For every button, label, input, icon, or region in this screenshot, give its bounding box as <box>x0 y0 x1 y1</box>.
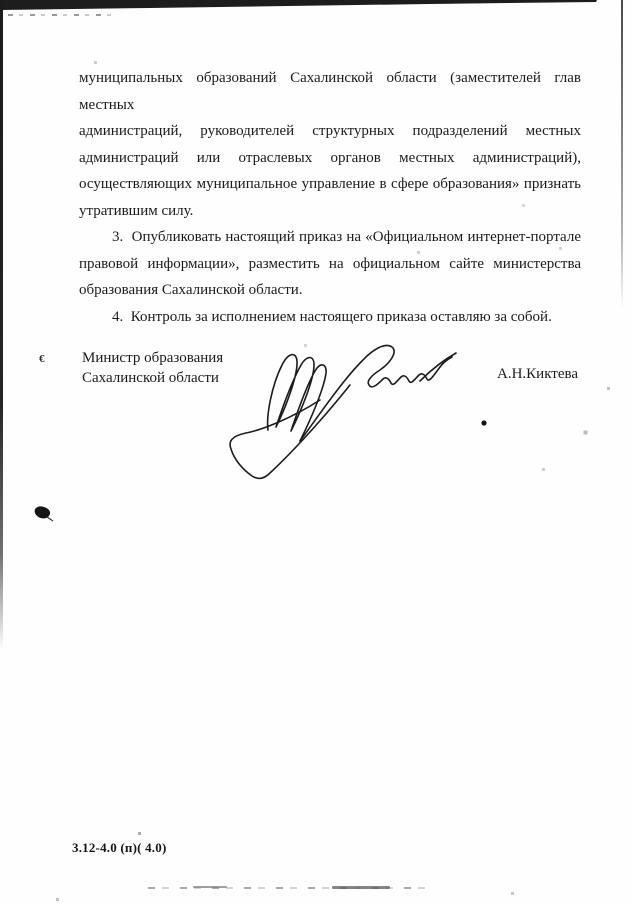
scan-noise-specks <box>0 0 1 1</box>
handwritten-signature <box>222 333 472 488</box>
ink-blot <box>30 504 56 524</box>
list-item-4-line: 4. Контроль за исполнением настоящего пр… <box>79 304 581 331</box>
body-text-line: осуществляющих муниципальное управление … <box>79 171 581 198</box>
scan-smudge-line <box>148 887 433 889</box>
signatory-name: А.Н.Киктева <box>497 366 578 383</box>
list-item-3-line: правовой информации», разместить на офиц… <box>79 251 581 278</box>
footer-document-code: 3.12-4.0 (п)( 4.0) <box>72 840 167 856</box>
scan-edge-right-line <box>621 0 623 310</box>
body-text-line: администраций или отраслевых органов мес… <box>79 145 581 172</box>
scan-smudge-chunk <box>193 886 227 888</box>
ink-dot <box>480 419 488 427</box>
body-text-line: администраций, руководителей структурных… <box>79 118 581 145</box>
margin-stray-mark: € <box>39 353 46 365</box>
body-text-line: утратившим силу. <box>79 198 581 225</box>
signatory-title-line2: Сахалинской области <box>82 368 223 388</box>
body-text: муниципальных образований Сахалинской об… <box>79 65 581 330</box>
list-item-3-line: образования Сахалинской области. <box>79 277 581 304</box>
signatory-title-line1: Министр образования <box>82 348 223 368</box>
scan-edge-left-line <box>0 0 3 650</box>
body-text-line: муниципальных образований Сахалинской об… <box>79 65 581 118</box>
scanned-document-page: муниципальных образований Сахалинской об… <box>0 0 632 905</box>
scan-dotted-trace <box>8 14 114 16</box>
signatory-title: Министр образования Сахалинской области <box>82 348 223 388</box>
list-item-3-line: 3. Опубликовать настоящий приказ на «Офи… <box>79 224 581 251</box>
scan-edge-top-bar <box>0 0 597 10</box>
scan-smudge-chunk <box>332 886 390 889</box>
